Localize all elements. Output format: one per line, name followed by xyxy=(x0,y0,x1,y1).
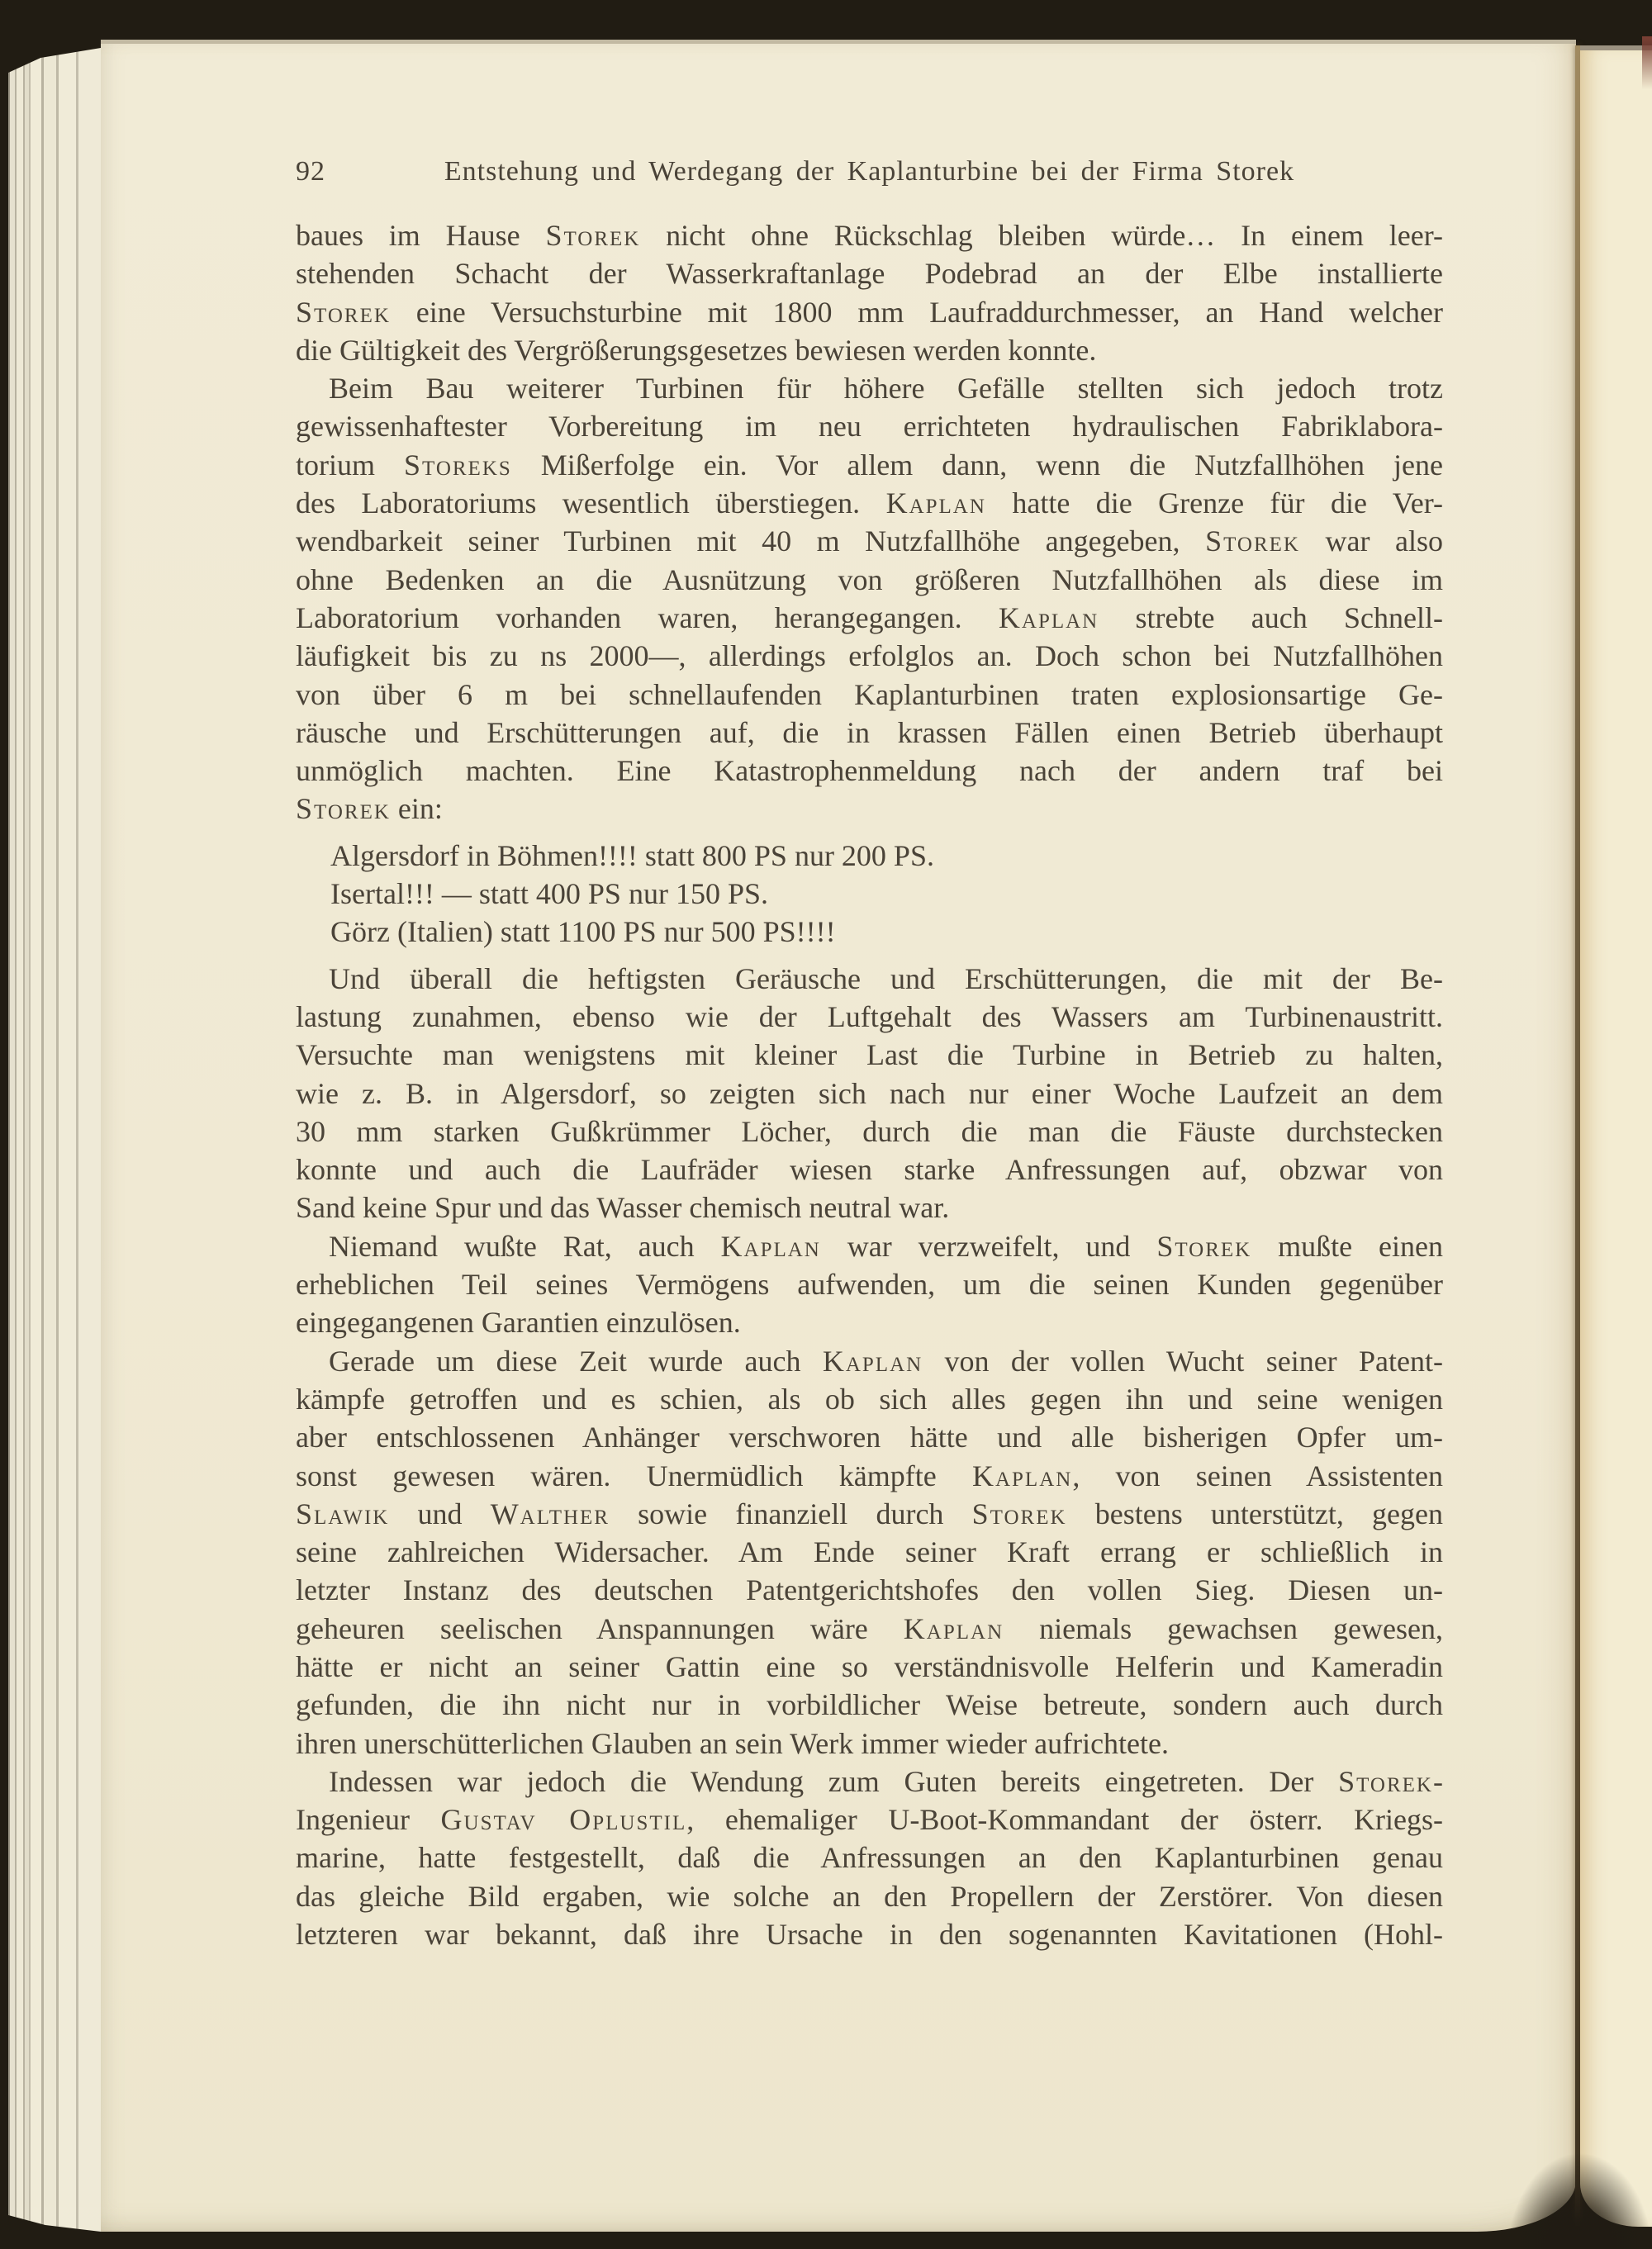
text-segment: baues im Hause xyxy=(296,219,545,252)
text-segment: Versuchte man wenigstens mit kleiner Las… xyxy=(296,1038,1443,1071)
text-line: Versuchte man wenigstens mit kleiner Las… xyxy=(296,1036,1443,1074)
text-segment: wendbarkeit seiner Turbinen mit 40 m Nut… xyxy=(296,524,1205,558)
text-segment: ihren unerschütterlichen Glauben an sein… xyxy=(296,1727,1169,1760)
text-line: 30 mm starken Gußkrümmer Löcher, durch d… xyxy=(296,1113,1443,1151)
text-line: wendbarkeit seiner Turbinen mit 40 m Nut… xyxy=(296,522,1443,560)
text-segment: Beim Bau weiterer Turbinen für höhere Ge… xyxy=(329,372,1443,405)
text-segment: sowie finanziell durch xyxy=(610,1497,972,1530)
text-line: Slawik und Walther sowie finanziell durc… xyxy=(296,1495,1443,1533)
text-segment: nicht ohne Rückschlag bleiben würde… In … xyxy=(640,219,1443,252)
book-page: 92 Entstehung und Werdegang der Kaplantu… xyxy=(101,40,1576,2232)
text-segment: mußte einen xyxy=(1251,1230,1443,1263)
text-line: das gleiche Bild ergaben, wie solche an … xyxy=(296,1877,1443,1915)
text-line: Niemand wußte Rat, auch Kaplan war verzw… xyxy=(296,1227,1443,1265)
text-line: läufigkeit bis zu ns 2000—, allerdings e… xyxy=(296,637,1443,675)
text-line: Isertal!!! — statt 400 PS nur 150 PS. xyxy=(296,875,1443,913)
person-name-smallcaps: Walther xyxy=(491,1497,610,1530)
text-segment: Ingenieur xyxy=(296,1803,441,1836)
text-segment: hätte er nicht an seiner Gattin eine so … xyxy=(296,1650,1443,1683)
text-segment: ohne Bedenken an die Ausnützung von größ… xyxy=(296,563,1443,596)
text-line: marine, hatte festgestellt, daß die Anfr… xyxy=(296,1839,1443,1877)
text-segment: die Gültigkeit des Vergrößerungsgesetzes… xyxy=(296,334,1096,367)
text-line: sonst gewesen wären. Unermüdlich kämpfte… xyxy=(296,1457,1443,1495)
person-name-smallcaps: Kaplan xyxy=(904,1612,1004,1645)
page-body: baues im Hause Storek nicht ohne Rücksch… xyxy=(296,216,1443,1953)
text-segment: marine, hatte festgestellt, daß die Anfr… xyxy=(296,1841,1443,1874)
text-segment: unmöglich machten. Eine Katastrophenmeld… xyxy=(296,754,1443,787)
text-segment: Görz (Italien) statt 1100 PS nur 500 PS!… xyxy=(330,915,836,948)
text-segment: aber entschlossenen Anhänger verschworen… xyxy=(296,1421,1443,1454)
damage-report-list: Algersdorf in Böhmen!!!! statt 800 PS nu… xyxy=(296,837,1443,951)
text-segment: - xyxy=(1433,1765,1443,1798)
text-segment: Niemand wußte Rat, auch xyxy=(329,1230,721,1263)
text-segment: strebte auch Schnell- xyxy=(1099,601,1443,634)
text-segment: geheuren seelischen Anspannungen wäre xyxy=(296,1612,904,1645)
person-name-smallcaps: Slawik xyxy=(296,1497,389,1530)
text-segment: Gerade um diese Zeit wurde auch xyxy=(329,1345,823,1378)
bottom-gutter-shadow xyxy=(1502,2146,1652,2249)
text-segment: gefunden, die ihn nicht nur in vorbildli… xyxy=(296,1688,1443,1721)
text-segment: hatte die Grenze für die Ver- xyxy=(986,486,1443,520)
person-name-smallcaps: Kaplan xyxy=(886,486,986,520)
paragraph: Und überall die heftigsten Geräusche und… xyxy=(296,960,1443,1227)
text-line: Laboratorium vorhanden waren, herangegan… xyxy=(296,599,1443,637)
text-line: ihren unerschütterlichen Glauben an sein… xyxy=(296,1725,1443,1763)
paragraph: Indessen war jedoch die Wendung zum Gute… xyxy=(296,1763,1443,1953)
person-name-smallcaps: Storek xyxy=(972,1497,1067,1530)
cover-red-accent xyxy=(1642,36,1652,89)
text-segment: wie z. B. in Algersdorf, so zeigten sich… xyxy=(296,1077,1443,1110)
text-segment: Laboratorium vorhanden waren, herangegan… xyxy=(296,601,999,634)
text-segment: torium xyxy=(296,448,404,482)
text-line: Ingenieur Gustav Oplustil, ehemaliger U-… xyxy=(296,1801,1443,1839)
person-name-smallcaps: Kaplan xyxy=(972,1459,1072,1492)
text-line: Indessen war jedoch die Wendung zum Gute… xyxy=(296,1763,1443,1801)
book-scan: 92 Entstehung und Werdegang der Kaplantu… xyxy=(0,0,1652,2249)
text-segment: war also xyxy=(1300,524,1443,558)
person-name-smallcaps: Kaplan xyxy=(721,1230,821,1263)
text-segment: niemals gewachsen gewesen, xyxy=(1004,1612,1443,1645)
text-line: Beim Bau weiterer Turbinen für höhere Ge… xyxy=(296,369,1443,407)
text-line: Und überall die heftigsten Geräusche und… xyxy=(296,960,1443,998)
text-segment: sonst gewesen wären. Unermüdlich kämpfte xyxy=(296,1459,972,1492)
paragraph: baues im Hause Storek nicht ohne Rücksch… xyxy=(296,216,1443,369)
text-line: konnte und auch die Laufräder wiesen sta… xyxy=(296,1151,1443,1189)
text-segment: ein: xyxy=(391,792,443,825)
person-name-smallcaps: Storek xyxy=(1338,1765,1433,1798)
text-segment: des Laboratoriums wesentlich überstiegen… xyxy=(296,486,886,520)
person-name-smallcaps: Storek xyxy=(1205,524,1300,558)
text-segment: 30 mm starken Gußkrümmer Löcher, durch d… xyxy=(296,1115,1443,1148)
next-page-edge xyxy=(1580,45,1652,2227)
page-number: 92 xyxy=(296,153,325,191)
text-line: erheblichen Teil seines Vermögens aufwen… xyxy=(296,1265,1443,1303)
paragraph: Niemand wußte Rat, auch Kaplan war verzw… xyxy=(296,1227,1443,1342)
text-segment: konnte und auch die Laufräder wiesen sta… xyxy=(296,1153,1443,1186)
text-segment: und xyxy=(389,1497,490,1530)
text-line: von über 6 m bei schnellaufenden Kaplant… xyxy=(296,676,1443,714)
running-title: Entstehung und Werdegang der Kaplanturbi… xyxy=(296,153,1443,191)
text-segment: lastung zunahmen, ebenso wie der Luftgeh… xyxy=(296,1000,1443,1033)
text-line: Görz (Italien) statt 1100 PS nur 500 PS!… xyxy=(296,913,1443,951)
text-line: ohne Bedenken an die Ausnützung von größ… xyxy=(296,561,1443,599)
text-line: geheuren seelischen Anspannungen wäre Ka… xyxy=(296,1610,1443,1648)
text-line: Sand keine Spur und das Wasser chemisch … xyxy=(296,1189,1443,1227)
text-segment: bestens unterstützt, gegen xyxy=(1067,1497,1443,1530)
person-name-smallcaps: Storek xyxy=(296,296,391,329)
text-segment: gewissenhaftester Vorbereitung im neu er… xyxy=(296,410,1443,443)
person-name-smallcaps: Storeks xyxy=(404,448,512,482)
person-name-smallcaps: Storek xyxy=(545,219,640,252)
text-line: aber entschlossenen Anhänger verschworen… xyxy=(296,1418,1443,1456)
text-line: Storek eine Versuchsturbine mit 1800 mm … xyxy=(296,293,1443,331)
text-segment: von über 6 m bei schnellaufenden Kaplant… xyxy=(296,678,1443,711)
text-line: letzter Instanz des deutschen Patentgeri… xyxy=(296,1571,1443,1609)
text-line: unmöglich machten. Eine Katastrophenmeld… xyxy=(296,752,1443,790)
text-line: Gerade um diese Zeit wurde auch Kaplan v… xyxy=(296,1342,1443,1380)
text-line: torium Storeks Mißerfolge ein. Vor allem… xyxy=(296,446,1443,484)
text-segment: Sand keine Spur und das Wasser chemisch … xyxy=(296,1191,949,1224)
text-line: räusche und Erschütterungen auf, die in … xyxy=(296,714,1443,752)
text-segment: seine zahlreichen Widersacher. Am Ende s… xyxy=(296,1535,1443,1568)
text-segment: Und überall die heftigsten Geräusche und… xyxy=(329,962,1443,995)
text-segment: war verzweifelt, und xyxy=(821,1230,1156,1263)
person-name-smallcaps: Kaplan xyxy=(999,601,1099,634)
text-segment: , von seinen Assistenten xyxy=(1072,1459,1443,1492)
text-line: eingegangenen Garantien einzulösen. xyxy=(296,1303,1443,1341)
text-segment: eingegangenen Garantien einzulösen. xyxy=(296,1306,741,1339)
text-line: gefunden, die ihn nicht nur in vorbildli… xyxy=(296,1686,1443,1724)
text-segment: letzteren war bekannt, daß ihre Ursache … xyxy=(296,1918,1443,1951)
text-line: Algersdorf in Böhmen!!!! statt 800 PS nu… xyxy=(296,837,1443,875)
text-segment: von der vollen Wucht seiner Patent- xyxy=(923,1345,1443,1378)
text-segment: stehenden Schacht der Wasserkraftanlage … xyxy=(296,257,1443,290)
text-segment: das gleiche Bild ergaben, wie solche an … xyxy=(296,1880,1443,1913)
text-segment: kämpfe getroffen und es schien, als ob s… xyxy=(296,1383,1443,1416)
text-line: Storek ein: xyxy=(296,790,1443,828)
text-segment: letzter Instanz des deutschen Patentgeri… xyxy=(296,1573,1443,1606)
text-segment: läufigkeit bis zu ns 2000—, allerdings e… xyxy=(296,639,1443,672)
text-segment: Mißerfolge ein. Vor allem dann, wenn die… xyxy=(512,448,1443,482)
text-segment: erheblichen Teil seines Vermögens aufwen… xyxy=(296,1268,1443,1301)
text-segment: Indessen war jedoch die Wendung zum Gute… xyxy=(329,1765,1338,1798)
page-header: 92 Entstehung und Werdegang der Kaplantu… xyxy=(296,153,1443,191)
text-segment: Isertal!!! — statt 400 PS nur 150 PS. xyxy=(330,877,768,910)
text-line: stehenden Schacht der Wasserkraftanlage … xyxy=(296,254,1443,292)
text-line: lastung zunahmen, ebenso wie der Luftgeh… xyxy=(296,998,1443,1036)
text-line: die Gültigkeit des Vergrößerungsgesetzes… xyxy=(296,331,1443,369)
text-line: hätte er nicht an seiner Gattin eine so … xyxy=(296,1648,1443,1686)
text-segment: räusche und Erschütterungen auf, die in … xyxy=(296,716,1443,749)
person-name-smallcaps: Kaplan xyxy=(823,1345,923,1378)
left-page-edges xyxy=(8,48,101,2238)
text-line: baues im Hause Storek nicht ohne Rücksch… xyxy=(296,216,1443,254)
text-line: wie z. B. in Algersdorf, so zeigten sich… xyxy=(296,1075,1443,1113)
text-line: kämpfe getroffen und es schien, als ob s… xyxy=(296,1380,1443,1418)
text-segment: Algersdorf in Böhmen!!!! statt 800 PS nu… xyxy=(330,839,934,872)
text-segment: , ehemaliger U-Boot-Kommandant der öster… xyxy=(686,1803,1443,1836)
text-line: gewissenhaftester Vorbereitung im neu er… xyxy=(296,407,1443,445)
paragraph: Gerade um diese Zeit wurde auch Kaplan v… xyxy=(296,1342,1443,1763)
person-name-smallcaps: Storek xyxy=(1156,1230,1251,1263)
text-line: des Laboratoriums wesentlich überstiegen… xyxy=(296,484,1443,522)
paragraph: Beim Bau weiterer Turbinen für höhere Ge… xyxy=(296,369,1443,828)
text-line: letzteren war bekannt, daß ihre Ursache … xyxy=(296,1915,1443,1953)
person-name-smallcaps: Gustav Oplustil xyxy=(441,1803,687,1836)
text-segment: eine Versuchsturbine mit 1800 mm Laufrad… xyxy=(391,296,1443,329)
text-line: seine zahlreichen Widersacher. Am Ende s… xyxy=(296,1533,1443,1571)
person-name-smallcaps: Storek xyxy=(296,792,391,825)
